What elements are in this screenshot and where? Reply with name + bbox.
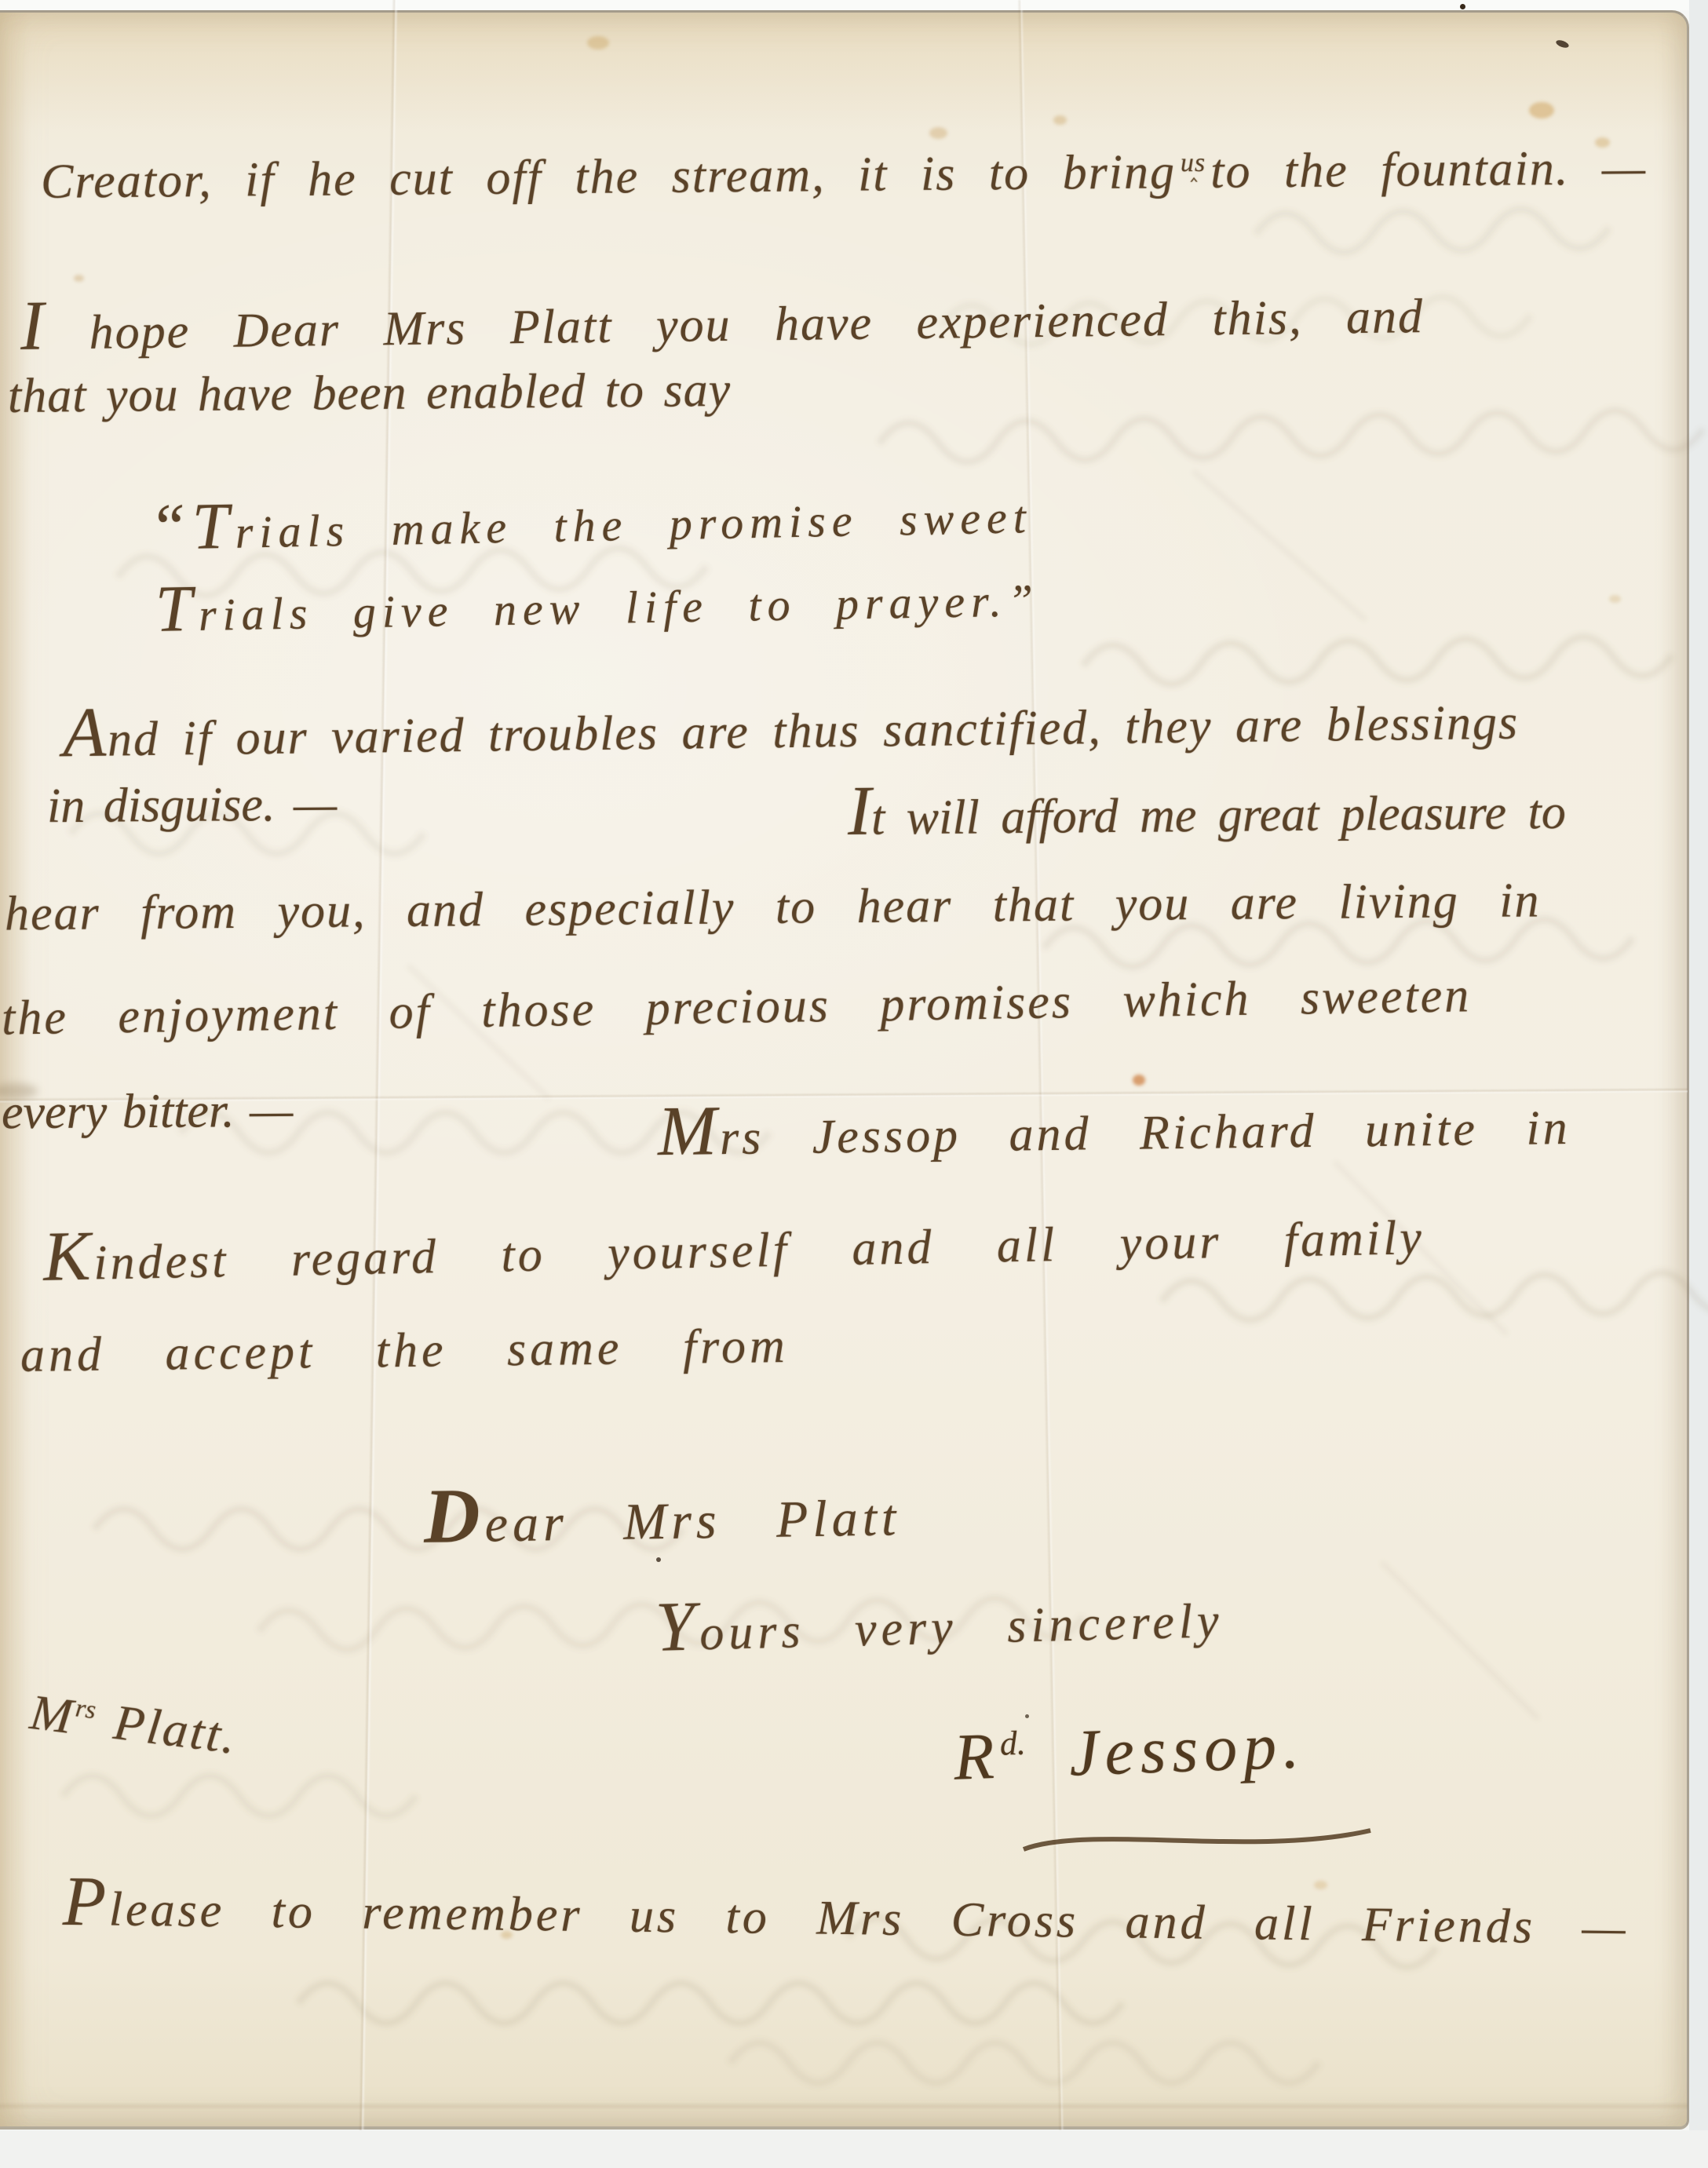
letter-line-12: and accept the same from — [20, 1322, 789, 1380]
ink-speck — [1460, 4, 1465, 9]
letter-line-7-left: in disguise. — — [47, 780, 338, 831]
signature-superscript: d. — [999, 1725, 1026, 1763]
opening-text-before-insertion: Creator, if he cut off the stream, it is… — [41, 145, 1176, 209]
foxing-spot — [929, 127, 947, 139]
fold-crease-bottom — [0, 2102, 1688, 2110]
letter-scan: Creator, if he cut off the stream, it is… — [0, 0, 1708, 2168]
letter-line-7-right: It will afford me great pleasure to — [848, 770, 1567, 847]
foxing-spot — [1609, 595, 1621, 603]
valediction: Yours very sincerely — [655, 1579, 1224, 1663]
opening-text-after-insertion: to the fountain. — — [1210, 141, 1647, 199]
signature: Rd. Jessop. — [953, 1713, 1307, 1791]
foxing-spot — [74, 275, 84, 282]
closing-salutation: Dear Mrs Platt — [423, 1470, 901, 1556]
letter-line-3: that you have been enabled to say — [8, 366, 732, 421]
foxing-spot — [587, 36, 609, 49]
ink-speck — [1025, 1714, 1029, 1718]
interlinear-insertion: us‸ — [1181, 148, 1206, 196]
signature-underline-flourish — [1019, 1823, 1380, 1859]
signature-initial: R — [952, 1720, 1002, 1794]
letter-line-8: hear from you, and especially to hear th… — [5, 876, 1541, 938]
insertion-caret-mark: ‸ — [1190, 159, 1199, 181]
letter-line-10-right: Mrs Jessop and Richard unite in — [657, 1086, 1571, 1167]
foxing-spot — [1529, 102, 1554, 119]
foxing-spot — [1053, 115, 1067, 125]
ink-speck — [656, 1557, 661, 1562]
signature-surname: Jessop. — [1067, 1709, 1306, 1790]
foxing-spot — [1133, 1075, 1145, 1086]
letter-line-10-left: every bitter. — — [2, 1086, 294, 1137]
addressee-title: M — [27, 1684, 78, 1744]
